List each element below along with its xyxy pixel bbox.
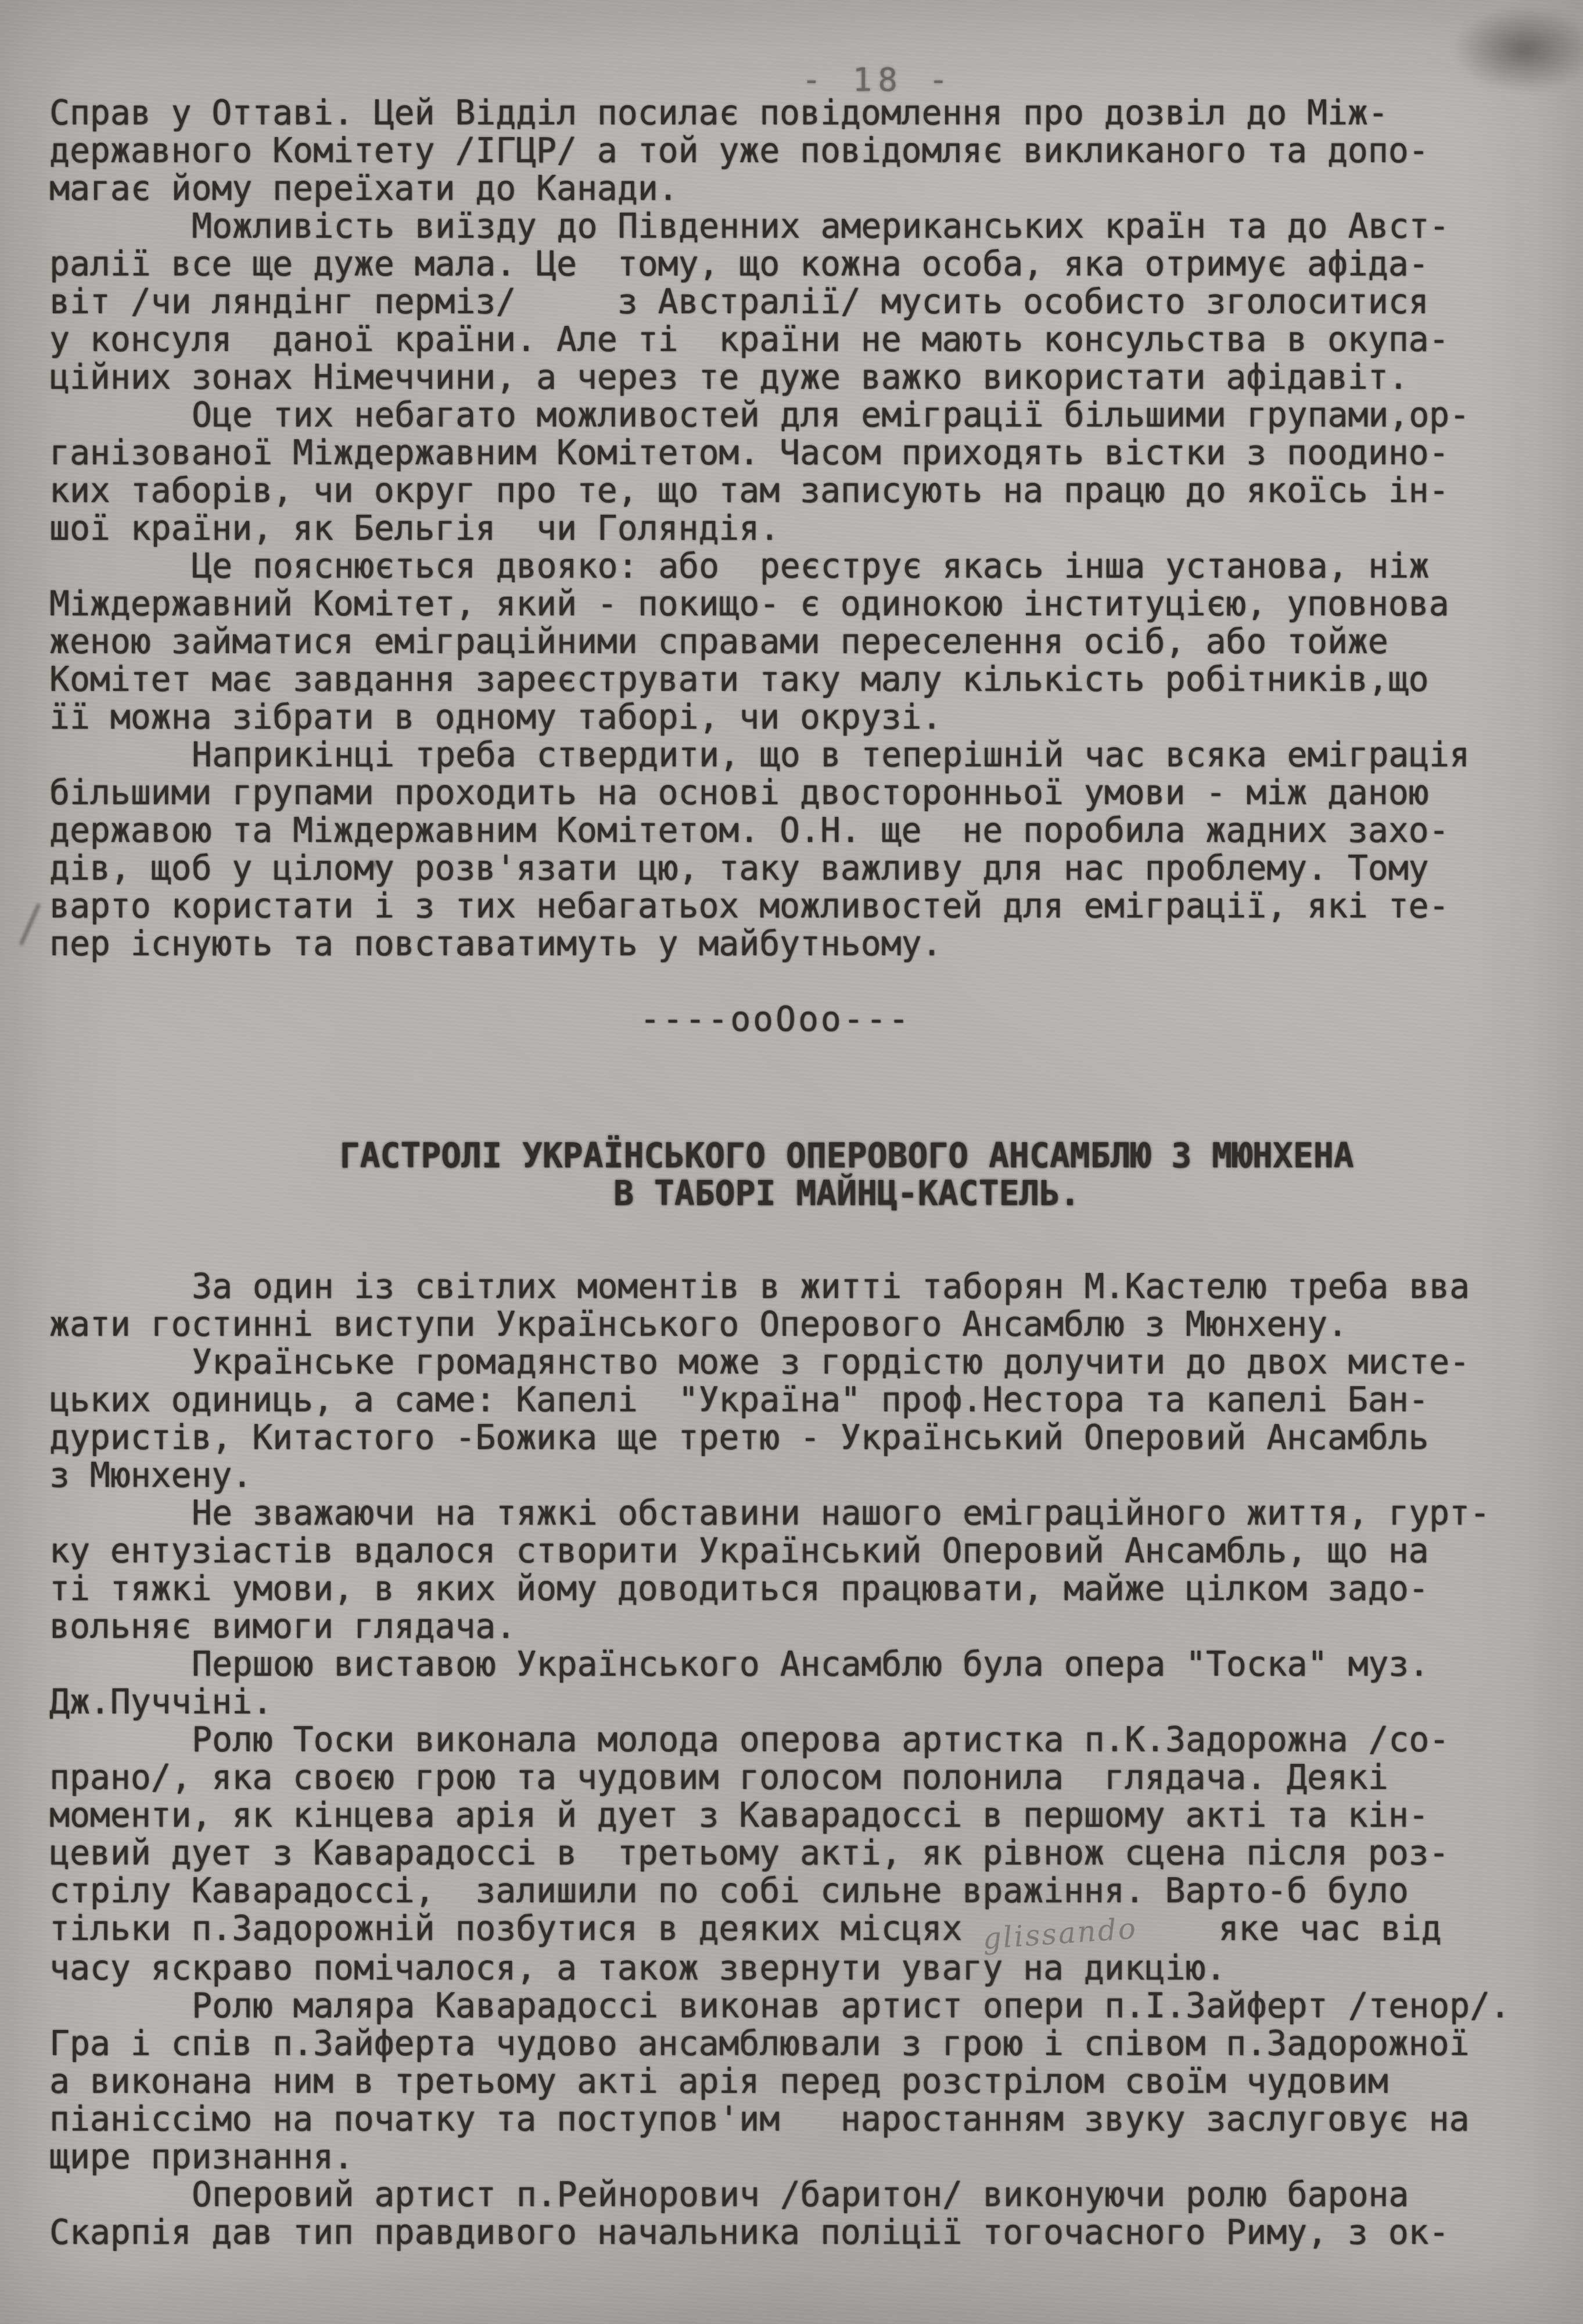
text-line: ку ентузіастів вдалося створити Українсь… — [49, 1532, 1560, 1570]
text-line: Гра і спів п.Зайферта чудово ансамблювал… — [49, 2025, 1560, 2063]
paragraph: Не зважаючи на тяжкі обставини нашого ем… — [49, 1494, 1560, 1645]
text-line: цевий дует з Каварадоссі в третьому акті… — [49, 1834, 1560, 1872]
paragraph: Наприкінці треба ствердити, що в теперіш… — [49, 736, 1560, 963]
text-line: Оперовий артист п.Рейнорович /баритон/ в… — [49, 2176, 1560, 2214]
text-line: Наприкінці треба ствердити, що в теперіш… — [49, 736, 1560, 774]
text-line: жати гостинні виступи Українського Оперо… — [49, 1306, 1560, 1343]
paragraph: Справ у Оттаві. Цей Відділ посилає повід… — [49, 94, 1560, 207]
text-line: у консуля даної країни. Але ті країни не… — [49, 321, 1560, 358]
text-line: Справ у Оттаві. Цей Відділ посилає повід… — [49, 94, 1560, 132]
section-title: ГАСТРОЛІ УКРАЇНСЬКОГО ОПЕРОВОГО АНСАМБЛЮ… — [134, 1137, 1560, 1213]
document-page: - 18 - Справ у Оттаві. Цей Відділ посила… — [0, 0, 1583, 2324]
text-line: Дж.Пуччіні. — [49, 1683, 1560, 1721]
text-line: більшими групами проходить на основі дво… — [49, 774, 1560, 812]
text-line: її можна зібрати в одному таборі, чи окр… — [49, 698, 1560, 736]
text-segment: яке час від — [1137, 1909, 1442, 1948]
paragraph: Це пояснюється двояко: або реєструє якас… — [49, 547, 1560, 736]
text-line: пер існують та повставатимуть у майбутнь… — [49, 925, 1560, 963]
text-line: магає йому переїхати до Канади. — [49, 170, 1560, 207]
paragraph: Оце тих небагато можливостей для еміграц… — [49, 396, 1560, 547]
text-line: Ролю маляра Каварадоссі виконав артист о… — [49, 1987, 1560, 2025]
paragraph: За один із світлих моментів в житті табо… — [49, 1268, 1560, 1343]
text-line: тільки п.Задорожній позбутися в деяких м… — [49, 1910, 1560, 1949]
text-line: дів, щоб у цілому розв'язати цю, таку ва… — [49, 849, 1560, 887]
section-separator: ----ооОоо--- — [0, 1000, 1560, 1038]
text-line: шої країни, як Бельгія чи Голяндія. — [49, 510, 1560, 547]
scan-smudge — [1452, 6, 1583, 93]
text-line: Ролю Тоски виконала молода оперова артис… — [49, 1721, 1560, 1759]
text-line: ційних зонах Німеччини, а через те дуже … — [49, 358, 1560, 396]
text-line: а виконана ним в третьому акті арія пере… — [49, 2063, 1560, 2100]
text-line: Першою виставою Українського Ансамблю бу… — [49, 1645, 1560, 1683]
text-line: піаніссімо на початку та поступов'им нар… — [49, 2100, 1560, 2138]
text-line: ких таборів, чи округ про те, що там зап… — [49, 472, 1560, 510]
text-line: варто користати і з тих небагатьох можли… — [49, 887, 1560, 925]
text-line: державою та Міждержавним Комітетом. О.Н.… — [49, 812, 1560, 849]
paragraph: Українське громадянство може з гордістю … — [49, 1343, 1560, 1494]
document-text: Справ у Оттаві. Цей Відділ посилає повід… — [49, 94, 1560, 2251]
paragraph: Ролю Тоски виконала молода оперова артис… — [49, 1721, 1560, 1987]
text-line: віт /чи ляндінг перміз/ з Австралії/ мус… — [49, 283, 1560, 321]
text-line: женою займатися еміграційними справами п… — [49, 623, 1560, 661]
text-line: Міждержавний Комітет, який - покищо- є о… — [49, 585, 1560, 623]
paragraph: Оперовий артист п.Рейнорович /баритон/ в… — [49, 2176, 1560, 2251]
text-line: часу яскраво помічалося, а також звернут… — [49, 1949, 1560, 1987]
text-line: Комітет має завдання зареєструвати таку … — [49, 661, 1560, 698]
text-line: прано/, яка своєю грою та чудовим голосо… — [49, 1759, 1560, 1796]
text-line: Можливість виїзду до Південних американс… — [49, 207, 1560, 245]
section-title-line: ГАСТРОЛІ УКРАЇНСЬКОГО ОПЕРОВОГО АНСАМБЛЮ… — [134, 1137, 1560, 1175]
paragraph: Ролю маляра Каварадоссі виконав артист о… — [49, 1987, 1560, 2176]
text-line: ралії все ще дуже мала. Це тому, що кожн… — [49, 245, 1560, 283]
text-line: Це пояснюється двояко: або реєструє якас… — [49, 547, 1560, 585]
text-line: цьких одиниць, а саме: Капелі "Україна" … — [49, 1381, 1560, 1419]
text-line: з Мюнхену. — [49, 1457, 1560, 1494]
text-line: стрілу Каварадоссі, залишили по собі сил… — [49, 1872, 1560, 1910]
text-line: Скарпія дав тип правдивого начальника по… — [49, 2214, 1560, 2251]
text-segment: тільки п.Задорожній позбутися в деяких м… — [49, 1909, 982, 1948]
text-line: ті тяжкі умови, в яких йому доводиться п… — [49, 1570, 1560, 1608]
text-line: За один із світлих моментів в житті табо… — [49, 1268, 1560, 1306]
text-line: ганізованої Міждержавним Комітетом. Часо… — [49, 434, 1560, 472]
text-line: Оце тих небагато можливостей для еміграц… — [49, 396, 1560, 434]
text-line: вольняє вимоги глядача. — [49, 1608, 1560, 1645]
text-line: щире признання. — [49, 2138, 1560, 2176]
paragraph: Можливість виїзду до Південних американс… — [49, 207, 1560, 396]
scan-pen-mark — [19, 903, 41, 946]
paragraph: Першою виставою Українського Ансамблю бу… — [49, 1645, 1560, 1721]
text-line: дуристів, Китастого -Божика ще третю - У… — [49, 1419, 1560, 1457]
text-line: Українське громадянство може з гордістю … — [49, 1343, 1560, 1381]
text-line: державного Комітету /ІГЦР/ а той уже пов… — [49, 132, 1560, 170]
section-title-line: В ТАБОРІ МАЙНЦ-КАСТЕЛЬ. — [134, 1175, 1560, 1213]
text-line: моменти, як кінцева арія й дует з Кавара… — [49, 1796, 1560, 1834]
text-line: Не зважаючи на тяжкі обставини нашого ем… — [49, 1494, 1560, 1532]
